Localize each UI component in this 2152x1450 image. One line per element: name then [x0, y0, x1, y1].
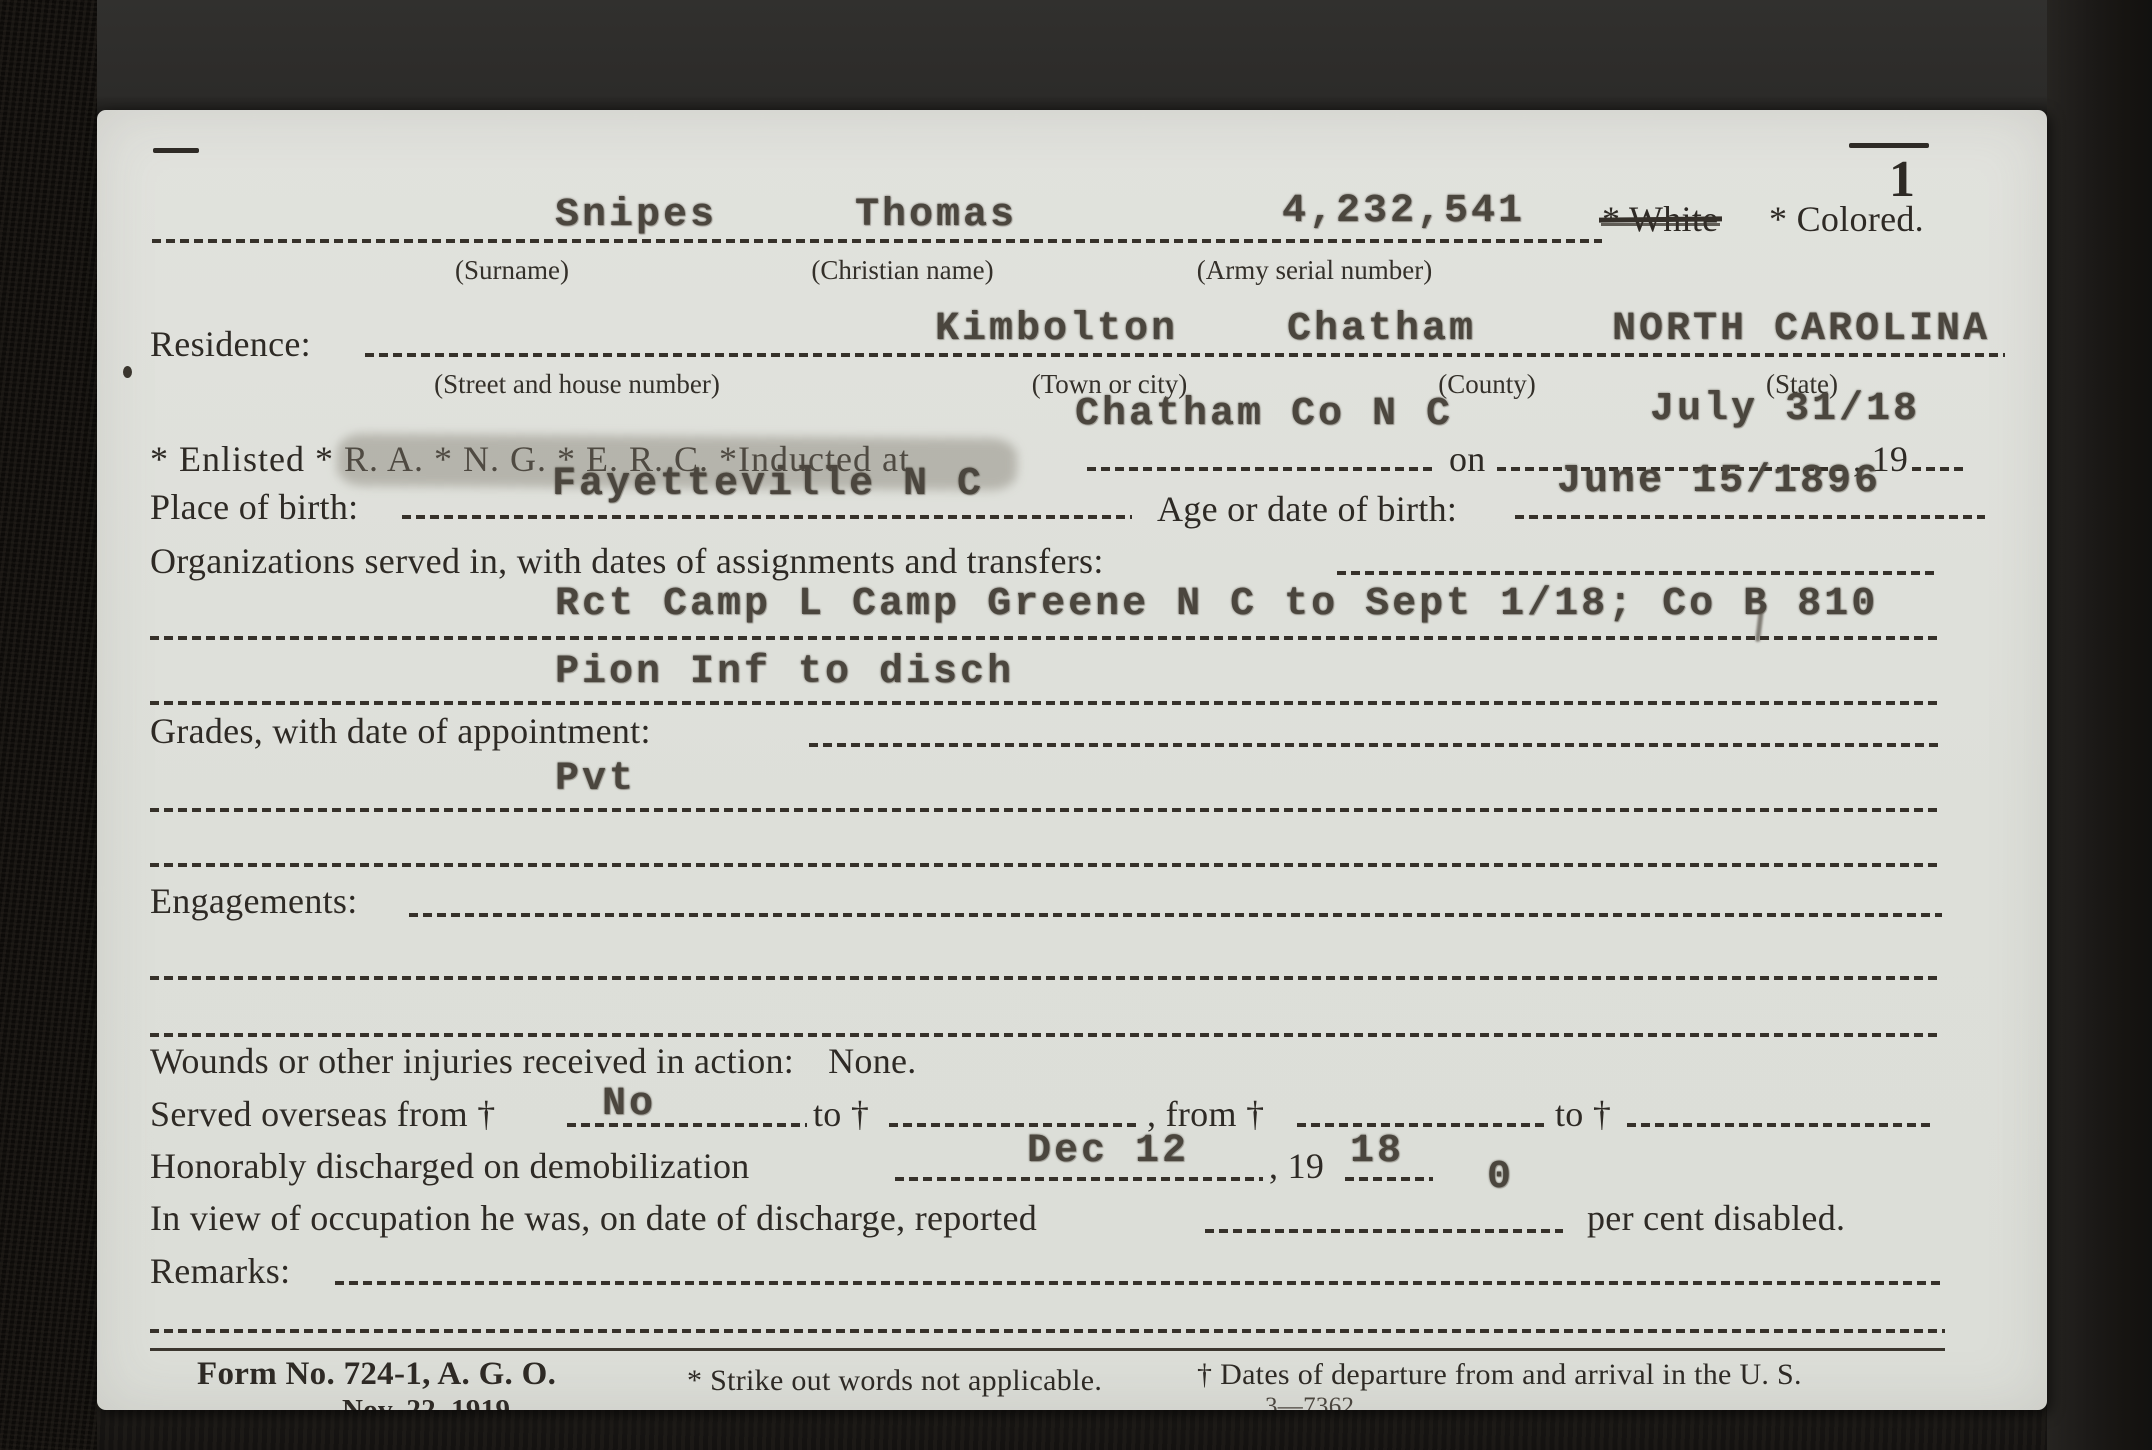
scan-background-bottom	[97, 1404, 2047, 1450]
ink-spot	[123, 366, 132, 378]
discharge-label: Honorably discharged on demobilization	[150, 1147, 750, 1187]
inducted-on-label: on	[1449, 440, 1486, 480]
place-of-birth-label: Place of birth:	[150, 488, 358, 528]
scanned-service-card: 1 Snipes Thomas 4,232,541 * White * Colo…	[0, 0, 2152, 1450]
discharge-year-label: , 19	[1269, 1147, 1324, 1187]
induction-place-value: Chatham Co N C	[1075, 395, 1453, 435]
disability-line	[1205, 1229, 1563, 1233]
christian-name-value: Thomas	[855, 196, 1017, 236]
place-of-birth-value: Fayetteville N C	[552, 465, 984, 505]
inducted-at-line	[1087, 467, 1437, 471]
overseas-to2-line	[1627, 1123, 1935, 1127]
wounds-label: Wounds or other injuries received in act…	[150, 1041, 794, 1081]
organizations-line2-rule	[150, 701, 1942, 705]
organizations-line1-value: Rct Camp L Camp Greene N C to Sept 1/18;…	[555, 585, 1878, 625]
dagger-note: † Dates of departure from and arrival in…	[1197, 1358, 1802, 1391]
serial-number-label: (Army serial number)	[1187, 256, 1442, 286]
grades-label-line	[809, 743, 1939, 747]
surname-label: (Surname)	[417, 256, 607, 286]
organizations-line1-rule	[150, 636, 1942, 640]
service-record-card: 1 Snipes Thomas 4,232,541 * White * Colo…	[97, 110, 2047, 1410]
grades-value-rule	[150, 808, 1942, 812]
blank-rule-3	[150, 1033, 1942, 1037]
top-left-mark	[153, 148, 199, 153]
overseas-from1-line	[567, 1123, 807, 1127]
residence-row-line	[365, 353, 2005, 357]
street-label: (Street and house number)	[397, 370, 757, 400]
overseas-to1-line	[889, 1123, 1141, 1127]
form-number: Form No. 724-1, A. G. O.	[197, 1356, 556, 1392]
serial-number-value: 4,232,541	[1282, 192, 1525, 232]
discharge-year-value: 18	[1350, 1132, 1404, 1172]
remarks-line	[335, 1281, 1942, 1285]
footer-solid-rule	[150, 1348, 1945, 1351]
race-white-struck-text: * White	[1602, 200, 1718, 240]
overseas-from2-line	[1297, 1123, 1547, 1127]
organizations-line2-value: Pion Inf to disch	[555, 653, 1014, 693]
scan-background-top	[97, 0, 2152, 112]
wounds-value: None.	[828, 1041, 916, 1081]
residence-town-value: Kimbolton	[935, 310, 1178, 350]
strike-out-note: * Strike out words not applicable.	[687, 1364, 1102, 1397]
race-colored-option: * Colored.	[1769, 200, 1924, 240]
print-code: 3—7362	[1265, 1393, 1354, 1410]
discharge-date-line	[895, 1177, 1263, 1181]
grades-value: Pvt	[555, 760, 636, 800]
age-or-birth-label: Age or date of birth:	[1157, 490, 1457, 530]
discharge-year-line	[1345, 1177, 1433, 1181]
disability-label: In view of occupation he was, on date of…	[150, 1199, 1037, 1239]
place-of-birth-line	[402, 515, 1132, 519]
scan-background-left	[0, 0, 97, 1450]
blank-rule-1	[150, 863, 1942, 867]
residence-county-value: Chatham	[1287, 310, 1476, 350]
footer-dashed-rule	[150, 1329, 1945, 1333]
wounds-row: Wounds or other injuries received in act…	[150, 1042, 917, 1082]
organizations-label: Organizations served in, with dates of a…	[150, 542, 1104, 582]
race-white-option: * White	[1602, 200, 1718, 240]
residence-label: Residence:	[150, 325, 311, 365]
inducted-year-line	[1912, 467, 1967, 471]
residence-state-value: NORTH CAROLINA	[1612, 310, 1990, 350]
organizations-label-line	[1337, 571, 1937, 575]
engagements-line	[409, 913, 1942, 917]
induction-date-value: July 31/18	[1650, 390, 1920, 430]
disability-percent-value: 0	[1487, 1158, 1514, 1198]
engagements-label: Engagements:	[150, 882, 358, 922]
overseas-from1-value: No	[602, 1085, 656, 1125]
birth-date-line	[1515, 515, 1985, 519]
scan-background-right	[2047, 0, 2152, 1450]
name-row-line	[152, 239, 1602, 243]
overseas-from1-label: Served overseas from †	[150, 1095, 496, 1135]
surname-value: Snipes	[555, 196, 717, 236]
discharge-date-value: Dec 12	[1027, 1132, 1189, 1172]
birth-date-value: June 15/1896	[1557, 462, 1881, 502]
overseas-to1-label: to †	[813, 1095, 869, 1135]
form-date: Nov. 22, 1919.	[342, 1395, 518, 1410]
page-number-overline	[1849, 143, 1929, 148]
blank-rule-2	[150, 976, 1942, 980]
disability-suffix: per cent disabled.	[1587, 1199, 1845, 1239]
overseas-to2-label: to †	[1555, 1095, 1611, 1135]
christian-name-label: (Christian name)	[785, 256, 1020, 286]
grades-label: Grades, with date of appointment:	[150, 712, 651, 752]
remarks-label: Remarks:	[150, 1252, 290, 1292]
